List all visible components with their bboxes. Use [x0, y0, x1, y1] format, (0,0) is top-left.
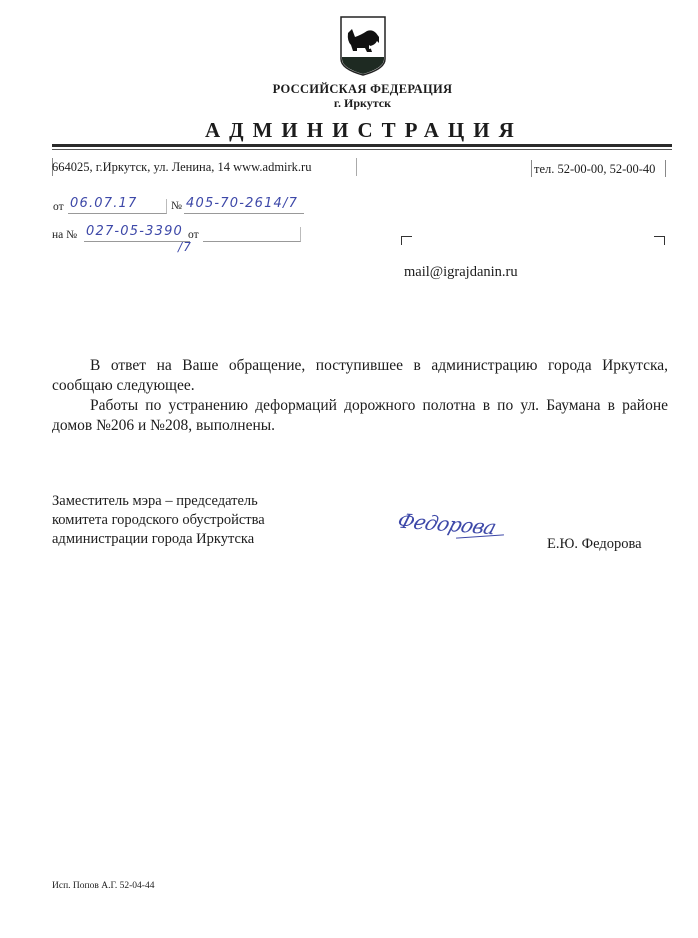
country-name: РОССИЙСКАЯ ФЕДЕРАЦИЯ [250, 82, 475, 97]
title-line: Заместитель мэра – председатель [52, 492, 265, 511]
irkutsk-coat-of-arms-icon [339, 15, 387, 77]
number-label: № [171, 200, 182, 212]
phone-line: тел. 52-00-00, 52-00-40 [534, 162, 655, 177]
outgoing-number: 405-70-2614/7 [186, 196, 298, 211]
signatory-name: Е.Ю. Федорова [547, 536, 642, 553]
title-line: комитета городского обустройства [52, 511, 265, 530]
outgoing-date: 06.07.17 [70, 196, 138, 211]
divider [531, 160, 532, 177]
reply-number-suffix: /7 [178, 240, 192, 254]
executor-note: Исп. Попов А.Г. 52-04-44 [52, 881, 154, 891]
title-line: администрации города Иркутска [52, 530, 265, 549]
header-rule-thick [52, 144, 672, 147]
divider [356, 158, 357, 176]
organization-title: АДМИНИСТРАЦИЯ [205, 118, 515, 143]
reply-number-label: на № [52, 229, 77, 241]
signatory-title: Заместитель мэра – председатель комитета… [52, 492, 265, 549]
address-line: 664025, г.Иркутск, ул. Ленина, 14 www.ad… [52, 160, 311, 175]
handwritten-signature: Федорова [395, 509, 499, 539]
date-label: от [53, 201, 64, 213]
reply-date-label: от [188, 229, 199, 241]
header-rule-thin [52, 149, 672, 150]
reply-date-field [203, 227, 301, 242]
recipient-email: mail@igrajdanin.ru [404, 264, 518, 281]
body-paragraph: В ответ на Ваше обращение, поступившее в… [52, 356, 668, 396]
divider [665, 160, 666, 177]
address-corner-left [401, 236, 412, 245]
address-corner-right [654, 236, 665, 245]
letter-body: В ответ на Ваше обращение, поступившее в… [52, 356, 668, 436]
city-name: г. Иркутск [250, 96, 475, 111]
reply-number: 027-05-3390 [86, 224, 183, 239]
body-paragraph: Работы по устранению деформаций дорожног… [52, 396, 668, 436]
